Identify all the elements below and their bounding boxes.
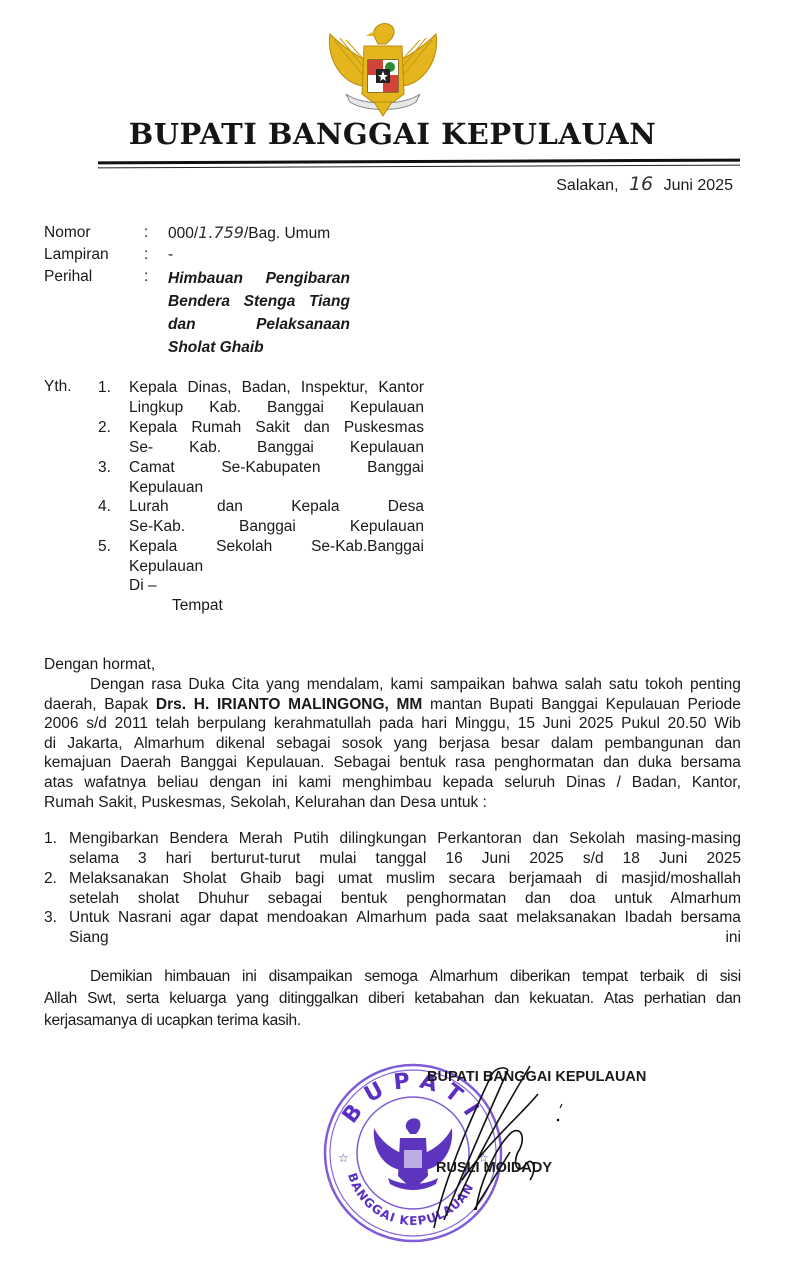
paragraph-line: kemajuanDaerahBanggaiKepulauan.Sebagaibe…	[44, 753, 741, 773]
recipient-number: 4.	[98, 497, 111, 517]
meta-nomor: Nomor : 000/1.759/Bag. Umum	[44, 223, 374, 243]
recipient-number: 5.	[98, 537, 111, 557]
instruction-line: setelah sholat Dhuhur sebagai bentuk pen…	[69, 889, 741, 909]
recipient-line: KepalaSekolahSe-Kab.Banggai	[129, 537, 424, 557]
instruction-number: 3.	[44, 908, 57, 928]
recipient-line: LurahdanKepalaDesa	[129, 497, 424, 517]
recipient-number: 1.	[98, 378, 111, 398]
instruction-item: 1. MengibarkanBenderaMerahPutihdilingkun…	[44, 829, 741, 869]
nomor-value: 000/1.759/Bag. Umum	[168, 223, 408, 244]
paragraph-line: Rumah Sakit, Puskesmas, Sekolah, Kelurah…	[44, 793, 741, 813]
paragraph-line: DenganrasaDukaCitayangmendalam,kamisampa…	[44, 675, 741, 695]
recipient-line: Se- Kab. Banggai Kepulauan	[129, 438, 424, 458]
recipient-item: 5. KepalaSekolahSe-Kab.Banggai Kepulauan	[98, 537, 424, 576]
recipient-line: Se-Kab. Banggai Kepulauan	[129, 517, 424, 537]
nomor-prefix: 000/	[168, 225, 198, 242]
closing-line: kerjasamanya di ucapkan terima kasih.	[44, 1010, 741, 1032]
paragraph-line: 2006s/d2011telahberpulangkerahmatullahpa…	[44, 714, 741, 734]
instruction-item: 2. MelaksanakanSholatGhaibbagiumatmuslim…	[44, 869, 741, 909]
recipient-line: Kepulauan	[129, 557, 424, 577]
handwritten-signature	[400, 1060, 600, 1230]
recipient-item: 1. KepalaDinas,Badan,Inspektur,Kantor Li…	[98, 378, 424, 417]
paragraph-line: diJakarta,Almarhumdikenalsebagaisosokyan…	[44, 734, 741, 754]
garuda-pancasila-emblem-icon	[322, 14, 444, 118]
recipient-line: Lingkup Kab. Banggai Kepulauan	[129, 398, 424, 418]
perihal-label: Perihal	[44, 267, 144, 287]
recipient-item: 2. KepalaRumahSakitdanPuskesmas Se- Kab.…	[98, 418, 424, 457]
recipient-number: 2.	[98, 418, 111, 438]
recipient-item: 4. LurahdanKepalaDesa Se-Kab. Banggai Ke…	[98, 497, 424, 536]
recipient-item: 3. CamatSe-KabupatenBanggai Kepulauan	[98, 458, 424, 497]
svg-text:☆: ☆	[338, 1151, 349, 1165]
letter-date: Salakan, 16 Juni 2025	[556, 173, 733, 195]
nomor-suffix: /Bag. Umum	[244, 225, 330, 242]
recipient-line: CamatSe-KabupatenBanggai	[129, 458, 424, 478]
perihal-line: BenderaStengaTiang	[168, 290, 350, 313]
recipient-line: Kepulauan	[129, 478, 424, 498]
paragraph-line: daerah,BapakDrs.H.IRIANTOMALINGONG,MMman…	[44, 695, 741, 715]
recipient-line: KepalaRumahSakitdanPuskesmas	[129, 418, 424, 438]
recipients-label: Yth.	[44, 378, 72, 396]
paragraph-line: ataswafatnyabeliaudenganinikamimenghimba…	[44, 773, 741, 793]
recipient-number: 3.	[98, 458, 111, 478]
lampiran-value: -	[168, 245, 350, 265]
closing-line: AllahSwt,sertakeluargayangditinggalkandi…	[44, 988, 741, 1010]
instruction-line: UntukNasraniagardapatmendoakanAlmarhumpa…	[69, 908, 741, 928]
instruction-line: MengibarkanBenderaMerahPutihdilingkungan…	[69, 829, 741, 849]
perihal-line: HimbauanPengibaran	[168, 267, 350, 290]
instruction-number: 2.	[44, 869, 57, 889]
instruction-line: Siang ini	[69, 928, 741, 948]
recipient-line: KepalaDinas,Badan,Inspektur,Kantor	[129, 378, 424, 398]
instruction-item: 3. UntukNasraniagardapatmendoakanAlmarhu…	[44, 908, 741, 948]
letterhead-title: BUPATI BANGGAI KEPULAUAN	[0, 117, 785, 151]
lampiran-label: Lampiran	[44, 245, 144, 265]
nomor-label: Nomor	[44, 223, 144, 243]
date-place: Salakan,	[556, 177, 618, 194]
nomor-colon: :	[144, 223, 148, 243]
salutation: Dengan hormat,	[44, 656, 155, 674]
nomor-handwritten: 1.759	[198, 223, 244, 242]
letterhead-divider-thick	[98, 159, 740, 165]
recipients-di: Di –	[129, 577, 157, 595]
instruction-line: MelaksanakanSholatGhaibbagiumatmuslimsec…	[69, 869, 741, 889]
meta-perihal: Perihal : HimbauanPengibaran BenderaSten…	[44, 267, 374, 359]
date-month-year: Juni 2025	[664, 177, 733, 194]
meta-lampiran: Lampiran : -	[44, 245, 374, 265]
recipients-tempat: Tempat	[172, 597, 223, 615]
letterhead-divider-thin	[98, 165, 740, 169]
lampiran-colon: :	[144, 245, 148, 265]
perihal-line: Sholat Ghaib	[168, 336, 350, 359]
instruction-line: selama 3 hari berturut-turut mulai tangg…	[69, 849, 741, 869]
closing-line: DemikianhimbauaninidisampaikansemogaAlma…	[44, 966, 741, 988]
date-day-handwritten: 16	[629, 173, 653, 195]
instruction-number: 1.	[44, 829, 57, 849]
perihal-value: HimbauanPengibaran BenderaStengaTiang da…	[168, 267, 350, 359]
closing-paragraph: DemikianhimbauaninidisampaikansemogaAlma…	[44, 966, 741, 1032]
perihal-colon: :	[144, 267, 148, 287]
body-paragraph: DenganrasaDukaCitayangmendalam,kamisampa…	[44, 675, 741, 812]
perihal-line: danPelaksanaan	[168, 313, 350, 336]
